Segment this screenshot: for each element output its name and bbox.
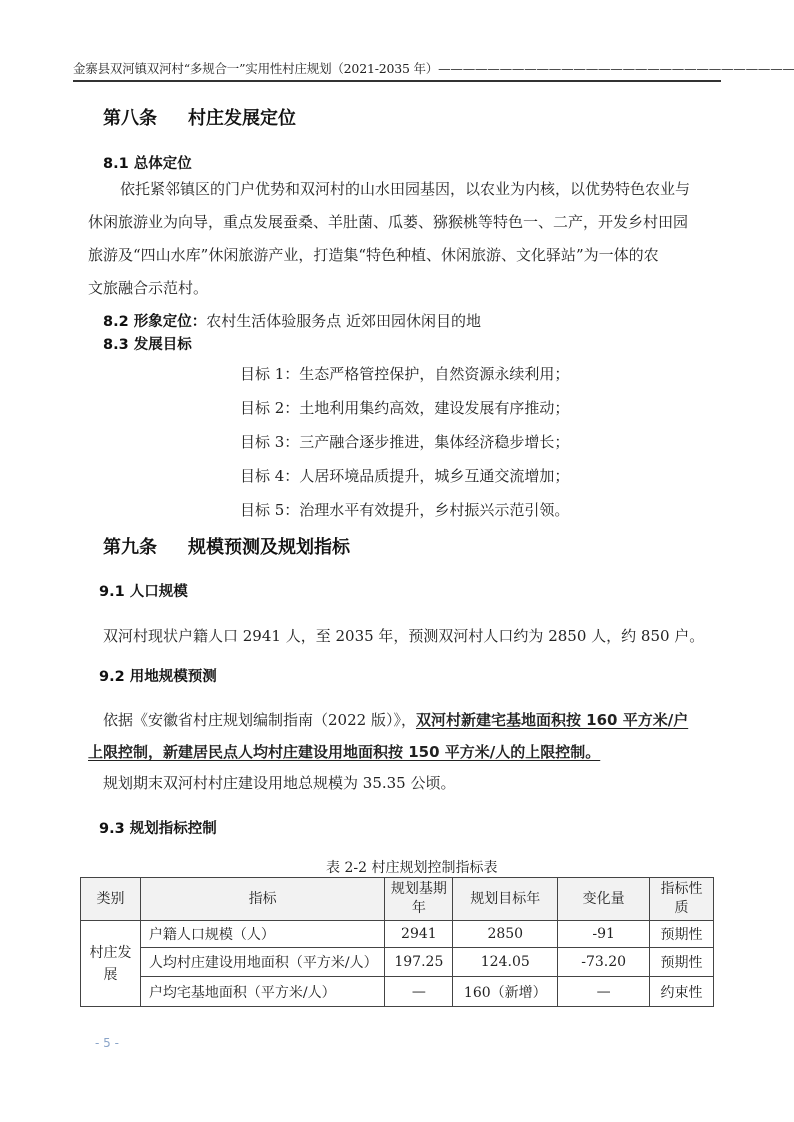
- goal-2: 目标 2：土地利用集约高效，建设发展有序推动；: [240, 397, 569, 418]
- s92-line-3: 规划期末双河村村庄建设用地总规模为 35.35 公顷。: [103, 772, 455, 793]
- indicator-cell: 户籍人口规模（人）: [140, 921, 384, 948]
- nature-cell: 预期性: [650, 921, 714, 948]
- s81-line-1: 依托紧邻镇区的门户优势和双河村的山水田园基因，以农业为内核，以优势特色农业与: [120, 173, 690, 206]
- section-8-2-text: 农村生活体验服务点 近郊田园休闲目的地: [206, 312, 481, 330]
- col-header-target-year: 规划目标年: [453, 878, 558, 921]
- indicator-cell: 户均宅基地面积（平方米/人）: [140, 977, 384, 1007]
- running-header: 金寨县双河镇双河村“多规合一”实用性村庄规划（2021-2035 年）—————…: [73, 59, 721, 82]
- goal-1: 目标 1：生态严格管控保护，自然资源永续利用；: [240, 363, 569, 384]
- section-9-2-title: 9.2 用地规模预测: [99, 665, 217, 686]
- goal-3: 目标 3：三产融合逐步推进，集体经济稳步增长；: [240, 431, 569, 452]
- category-cell: 村庄发展: [81, 921, 141, 1007]
- nature-cell: 约束性: [650, 977, 714, 1007]
- s91-text: 双河村现状户籍人口 2941 人，至 2035 年，预测双河村人口约为 2850…: [103, 625, 704, 646]
- col-header-nature: 指标性质: [650, 878, 714, 921]
- table-caption: 表 2-2 村庄规划控制指标表: [326, 857, 497, 877]
- article-number: 第九条: [103, 533, 188, 559]
- change-cell: -73.20: [558, 948, 650, 977]
- col-header-base-year: 规划基期年: [385, 878, 453, 921]
- s81-line-4: 文旅融合示范村。: [88, 272, 208, 305]
- page-number: - 5 -: [95, 1036, 119, 1050]
- article-title: 村庄发展定位: [188, 108, 296, 129]
- base-cell: —: [385, 977, 453, 1007]
- change-cell: —: [558, 977, 650, 1007]
- col-header-indicator: 指标: [140, 878, 384, 921]
- article-title: 规模预测及规划指标: [188, 537, 350, 558]
- section-8-2-label: 8.2 形象定位：: [103, 314, 206, 330]
- planning-indicator-table: 类别 指标 规划基期年 规划目标年 变化量 指标性质 村庄发展 户籍人口规模（人…: [80, 877, 714, 1007]
- col-header-change: 变化量: [558, 878, 650, 921]
- table-row: 户均宅基地面积（平方米/人） — 160（新增） — 约束性: [81, 977, 714, 1007]
- article-9-heading: 第九条规模预测及规划指标: [103, 533, 350, 559]
- table-header-row: 类别 指标 规划基期年 规划目标年 变化量 指标性质: [81, 878, 714, 921]
- table-row: 人均村庄建设用地面积（平方米/人） 197.25 124.05 -73.20 预…: [81, 948, 714, 977]
- target-cell: 160（新增）: [453, 977, 558, 1007]
- target-cell: 124.05: [453, 948, 558, 977]
- goal-5: 目标 5：治理水平有效提升，乡村振兴示范引领。: [240, 499, 569, 520]
- table-row: 村庄发展 户籍人口规模（人） 2941 2850 -91 预期性: [81, 921, 714, 948]
- section-9-3-title: 9.3 规划指标控制: [99, 817, 217, 838]
- s92-emphasis-2: 上限控制，新建居民点人均村庄建设用地面积按 150 平方米/人的上限控制。: [88, 741, 600, 762]
- s92-plain: 依据《安徽省村庄规划编制指南（2022 版）》，: [103, 711, 416, 729]
- article-8-heading: 第八条村庄发展定位: [103, 104, 296, 130]
- section-8-2: 8.2 形象定位：农村生活体验服务点 近郊田园休闲目的地: [103, 310, 481, 331]
- s92-line-1: 依据《安徽省村庄规划编制指南（2022 版）》，双河村新建宅基地面积按 160 …: [103, 709, 688, 730]
- s81-line-3: 旅游及“四山水库”休闲旅游产业，打造集“特色种植、休闲旅游、文化驿站”为一体的农: [88, 239, 659, 272]
- col-header-category: 类别: [81, 878, 141, 921]
- section-8-3-title: 8.3 发展目标: [103, 333, 192, 354]
- article-number: 第八条: [103, 104, 188, 130]
- s92-emphasis-1: 双河村新建宅基地面积按 160 平方米/户: [416, 711, 688, 729]
- nature-cell: 预期性: [650, 948, 714, 977]
- base-cell: 197.25: [385, 948, 453, 977]
- change-cell: -91: [558, 921, 650, 948]
- goal-4: 目标 4：人居环境品质提升，城乡互通交流增加；: [240, 465, 569, 486]
- s81-line-2: 休闲旅游业为向导，重点发展蚕桑、羊肚菌、瓜蒌、猕猴桃等特色一、二产，开发乡村田园: [88, 206, 688, 239]
- section-9-1-title: 9.1 人口规模: [99, 580, 188, 601]
- section-8-1-title: 8.1 总体定位: [103, 152, 192, 173]
- indicator-cell: 人均村庄建设用地面积（平方米/人）: [140, 948, 384, 977]
- target-cell: 2850: [453, 921, 558, 948]
- base-cell: 2941: [385, 921, 453, 948]
